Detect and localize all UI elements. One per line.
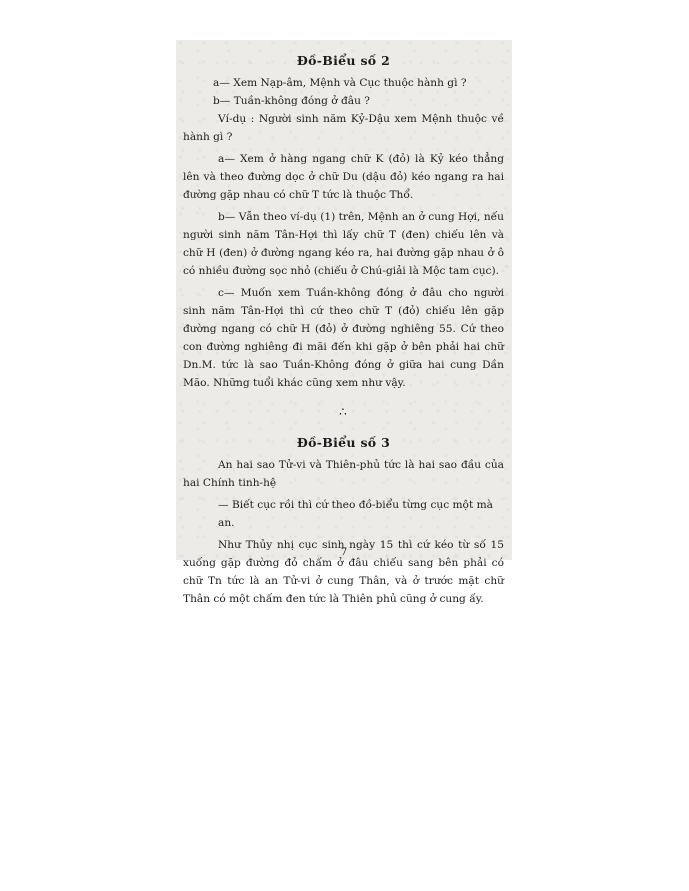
answer-c-paragraph: c— Muốn xem Tuần-không đóng ở đâu cho ng… — [183, 284, 504, 392]
answer-b-paragraph: b— Vẫn theo ví-dụ (1) trên, Mệnh an ở cu… — [183, 208, 504, 280]
section-title-do-bieu-2: Đồ-Biểu số 2 — [183, 52, 504, 69]
page-number: 7 — [176, 548, 512, 558]
instruction-line: — Biết cục rồi thì cứ theo đồ-biểu từng … — [183, 496, 504, 532]
question-a: a— Xem Nạp-âm, Mệnh và Cục thuộc hành gì… — [183, 74, 504, 92]
intro-paragraph: An hai sao Tử-vi và Thiên-phủ tức là hai… — [183, 456, 504, 492]
section-divider-ornament: ∴ — [183, 406, 504, 418]
scanned-page: Đồ-Biểu số 2 a— Xem Nạp-âm, Mệnh và Cục … — [176, 40, 512, 560]
answer-a-paragraph: a— Xem ở hàng ngang chữ K (đỏ) là Kỷ kéo… — [183, 150, 504, 204]
example-paragraph: Ví-dụ : Người sinh năm Kỷ-Dậu xem Mệnh t… — [183, 110, 504, 146]
section-title-do-bieu-3: Đồ-Biểu số 3 — [183, 434, 504, 451]
question-b: b— Tuần-không đóng ở đâu ? — [183, 92, 504, 110]
